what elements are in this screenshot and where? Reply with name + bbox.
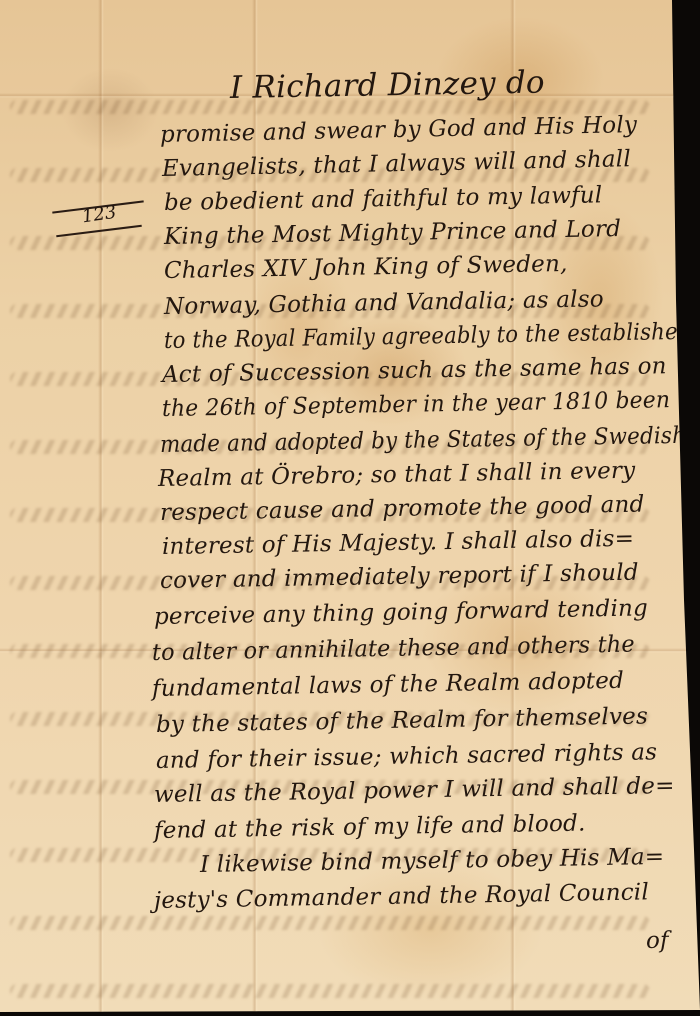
text-line: perceive any thing going forward tending	[154, 595, 648, 630]
margin-note: 123	[52, 196, 144, 236]
text-line: promise and swear by God and His Holy	[160, 112, 638, 148]
text-line: Charles XIV John King of Sweden,	[164, 251, 568, 284]
text-line: Realm at Örebro; so that I shall in ever…	[158, 458, 636, 492]
text-line: well as the Royal power I will and shall…	[154, 773, 675, 808]
manuscript-page: 123 I Richard Dinzey do promise and swea…	[0, 0, 700, 1016]
text-line: the 26th of September in the year 1810 b…	[162, 387, 671, 422]
ink-bleed-through	[10, 916, 650, 930]
margin-underline	[56, 225, 142, 237]
text-line: jesty's Commander and the Royal Council	[154, 879, 649, 914]
text-line: fundamental laws of the Realm adopted	[152, 668, 624, 702]
margin-number: 123	[81, 202, 118, 228]
ink-bleed-through	[10, 984, 650, 998]
text-line: to alter or annihilate these and others …	[152, 632, 635, 666]
text-line: and for their issue; which sacred rights…	[156, 739, 658, 774]
text-line: be obedient and faithful to my lawful	[164, 182, 603, 216]
text-line: by the states of the Realm for themselve…	[156, 703, 648, 738]
text-line: fend at the risk of my life and blood.	[154, 810, 586, 844]
text-line: of	[646, 928, 669, 954]
text-line: to the Royal Family agreeably to the est…	[164, 319, 692, 354]
text-line: I Richard Dinzey do	[230, 65, 545, 106]
text-line: interest of His Majesty. I shall also di…	[162, 526, 635, 560]
